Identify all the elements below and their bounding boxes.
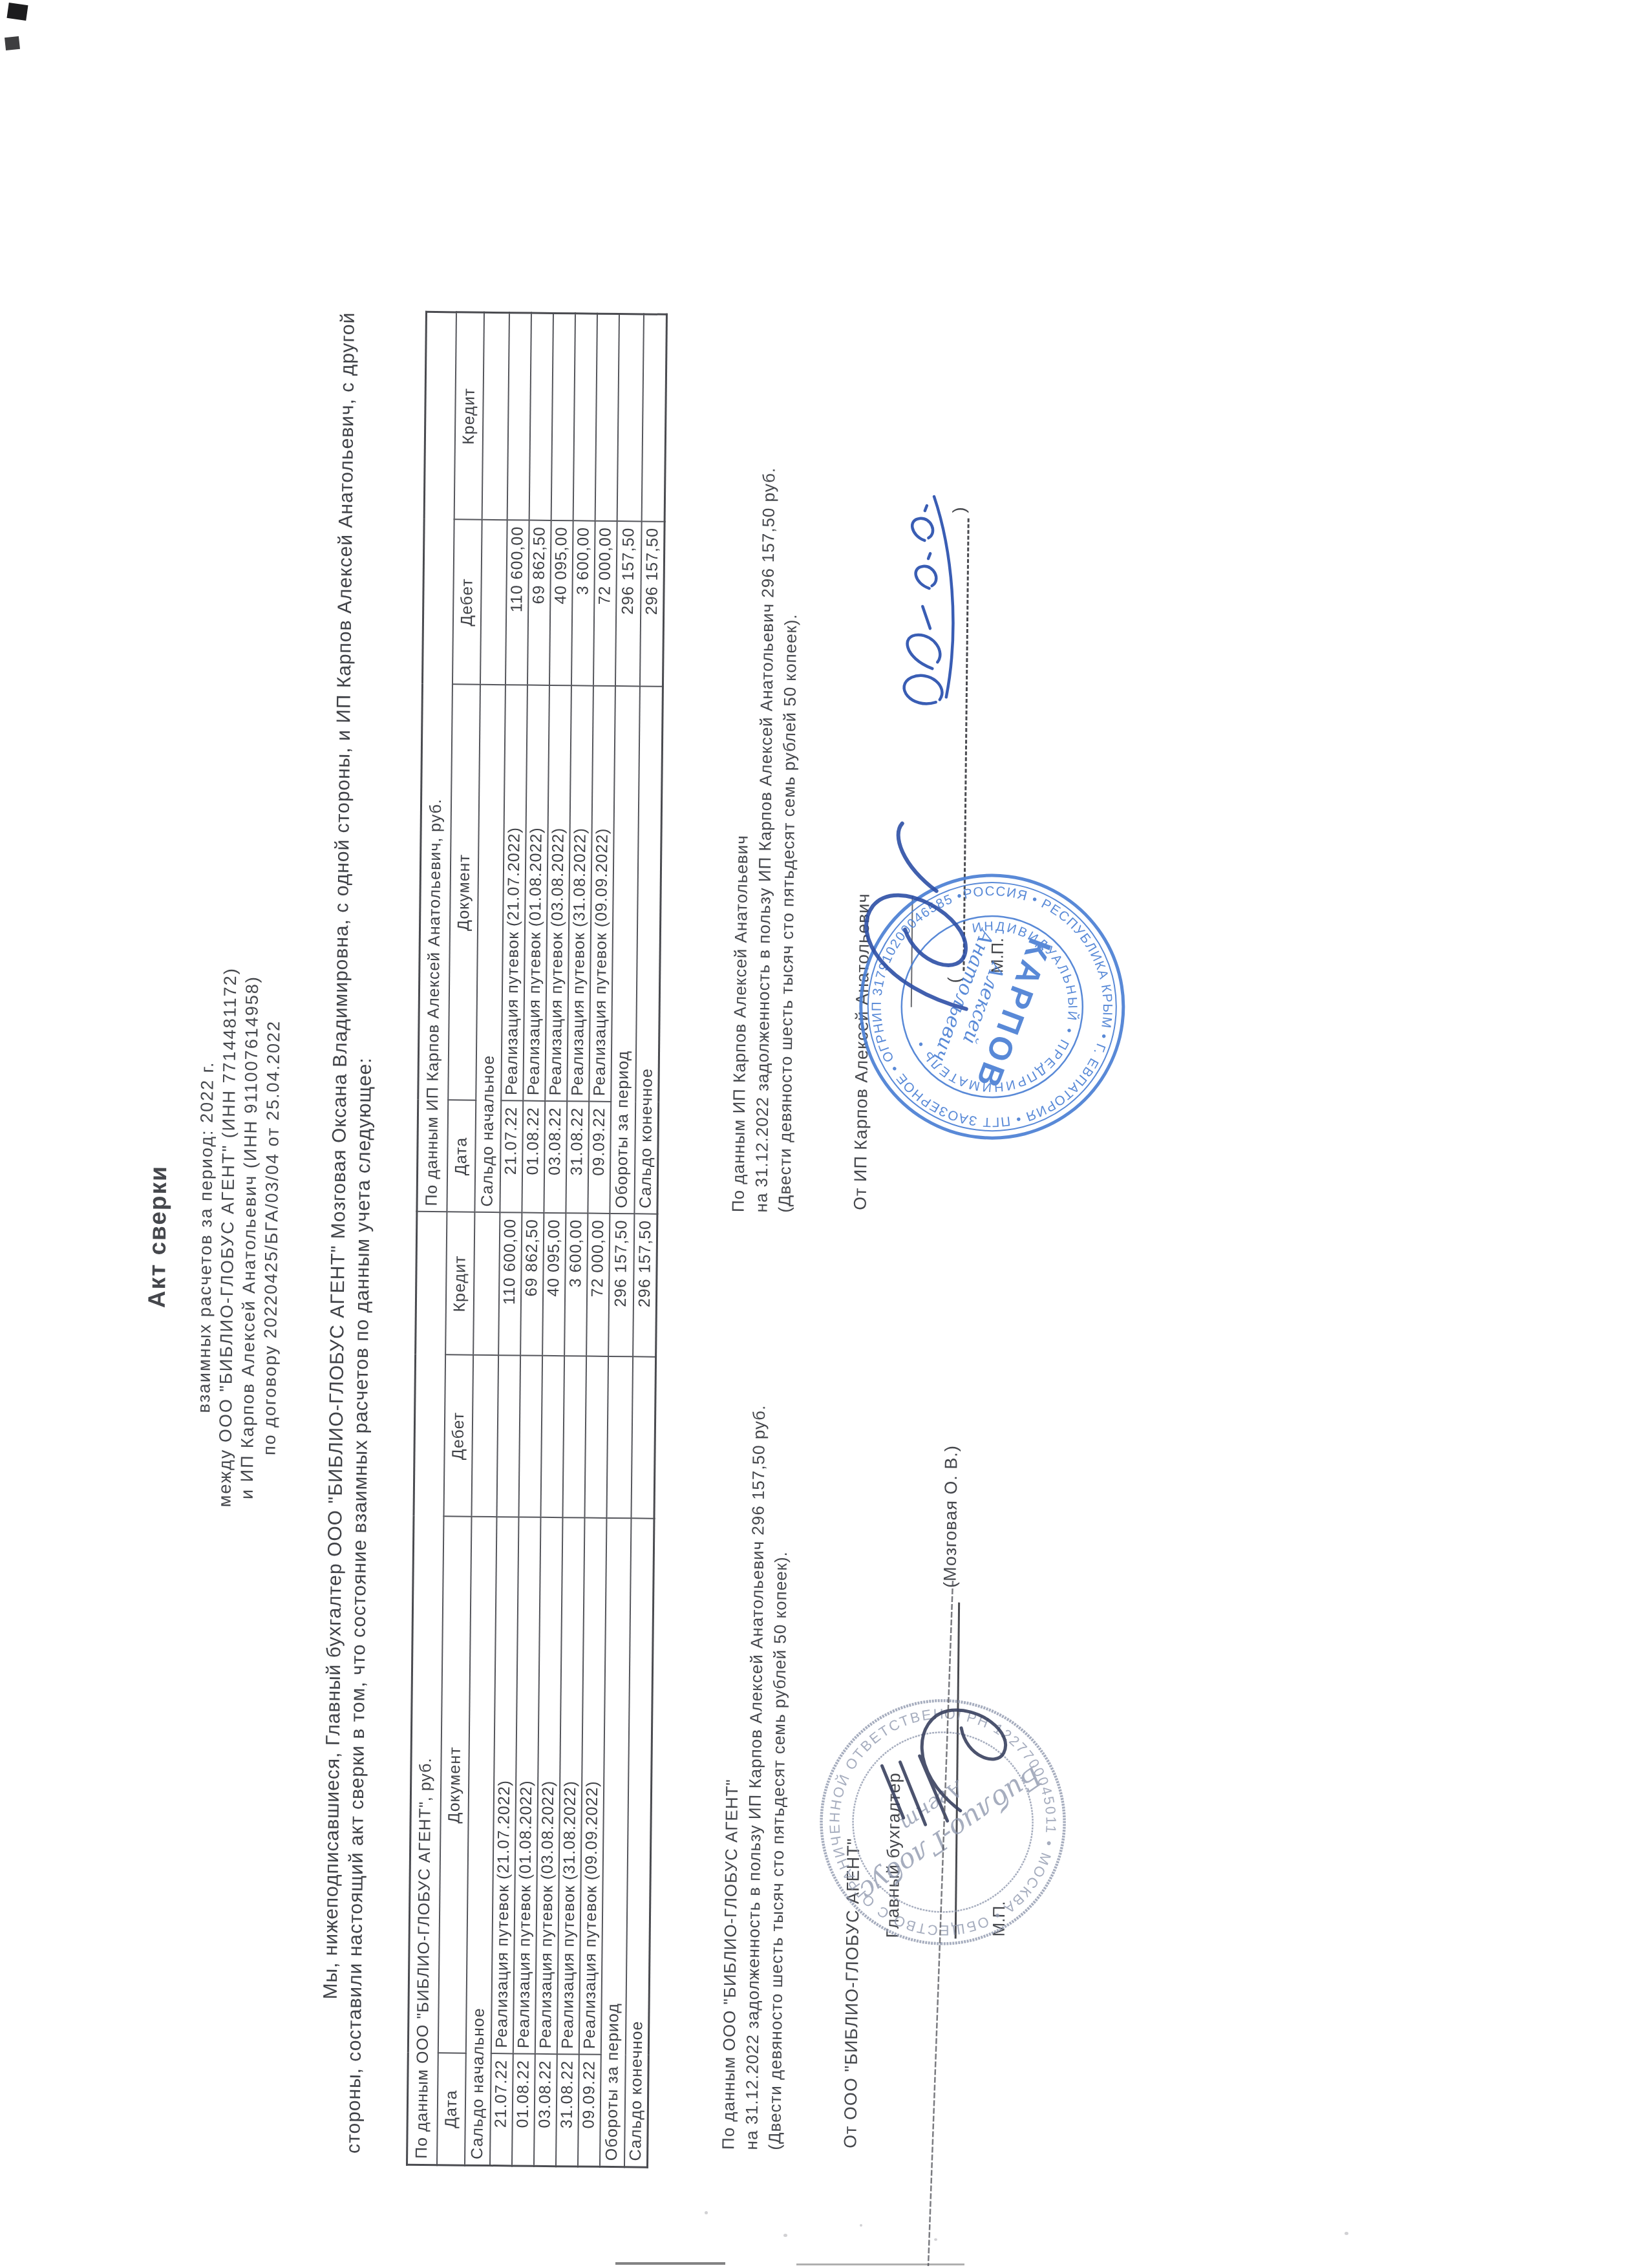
cell-credit: 296 157,50 (633, 1214, 657, 1357)
scan-artifact (6, 3, 28, 21)
cell-date: 09.09.22 (588, 1102, 611, 1214)
cell-debit: 110 600,00 (505, 520, 529, 685)
cell-credit: 40 095,00 (542, 1213, 566, 1356)
col-header-credit-right: Кредит (454, 312, 484, 520)
col-header-debit-right: Дебет (452, 520, 482, 685)
intro-paragraph: Мы, нижеподписавшиеся, Главный бухгалтер… (317, 312, 385, 2154)
col-header-date-right: Дата (447, 1100, 476, 1212)
cell-debit: 296 157,50 (639, 522, 665, 687)
cell-date: 21.07.22 (489, 2054, 513, 2166)
document: Акт сверки взаимных расчетов за период: … (115, 288, 1298, 2175)
scanned-page: Акт сверки взаимных расчетов за период: … (0, 0, 1649, 2268)
cell-debit: 3 600,00 (571, 521, 595, 686)
cell-date: 31.08.22 (555, 2055, 579, 2166)
totals-block-left: По данным ООО "БИБЛИО-ГЛОБУС АГЕНТ" на 3… (716, 1404, 794, 2150)
scan-speck (860, 2224, 862, 2227)
col-header-doc-right: Документ (448, 685, 480, 1100)
col-header-date-left: Дата (436, 2053, 465, 2165)
signature-mozgovaya (867, 1680, 1030, 1831)
cell-debit: 40 095,00 (549, 520, 573, 685)
title-block: Акт сверки взаимных расчетов за период: … (134, 310, 292, 2164)
cell-credit: 110 600,00 (498, 1213, 522, 1356)
scan-speck (934, 2238, 937, 2241)
cell-date: 01.08.22 (522, 1101, 545, 1213)
cell-debit: 296 157,50 (615, 521, 641, 686)
closing-balance-label-right: Сальдо конечное (634, 687, 663, 1214)
scan-artifact (5, 36, 20, 50)
reconciliation-table: По данным ООО "БИБЛИО-ГЛОБУС АГЕНТ", руб… (406, 311, 668, 2168)
scan-speck (705, 2211, 708, 2214)
cell-credit: 69 862,50 (520, 1213, 544, 1356)
cell-date: 31.08.22 (566, 1102, 589, 1214)
cell-credit: 296 157,50 (608, 1214, 634, 1356)
cell-date: 09.09.22 (577, 2055, 601, 2166)
cell-credit: 72 000,00 (586, 1214, 610, 1356)
scan-artifact (796, 2263, 964, 2265)
cell-debit: 69 862,50 (527, 520, 551, 685)
scan-speck (1345, 2232, 1348, 2235)
scan-artifact (615, 2262, 725, 2265)
signature-karpov (872, 483, 965, 716)
cell-date: 01.08.22 (511, 2054, 535, 2166)
col-header-debit-left: Дебет (443, 1355, 473, 1517)
scan-speck (783, 2234, 787, 2237)
cell-debit: 72 000,00 (593, 521, 617, 686)
totals-block-right: По данным ИП Карпов Алексей Анатольевич … (726, 467, 803, 1213)
signature-karpov-stamp (836, 814, 987, 1029)
cell-date: 21.07.22 (500, 1101, 523, 1213)
cell-date: 03.08.22 (533, 2054, 557, 2166)
cell-date: 03.08.22 (544, 1101, 567, 1213)
cell-credit: 3 600,00 (564, 1214, 588, 1356)
signature-caption-left: (Мозговая О. В.) (940, 1445, 961, 1588)
col-header-credit-left: Кредит (445, 1212, 474, 1355)
